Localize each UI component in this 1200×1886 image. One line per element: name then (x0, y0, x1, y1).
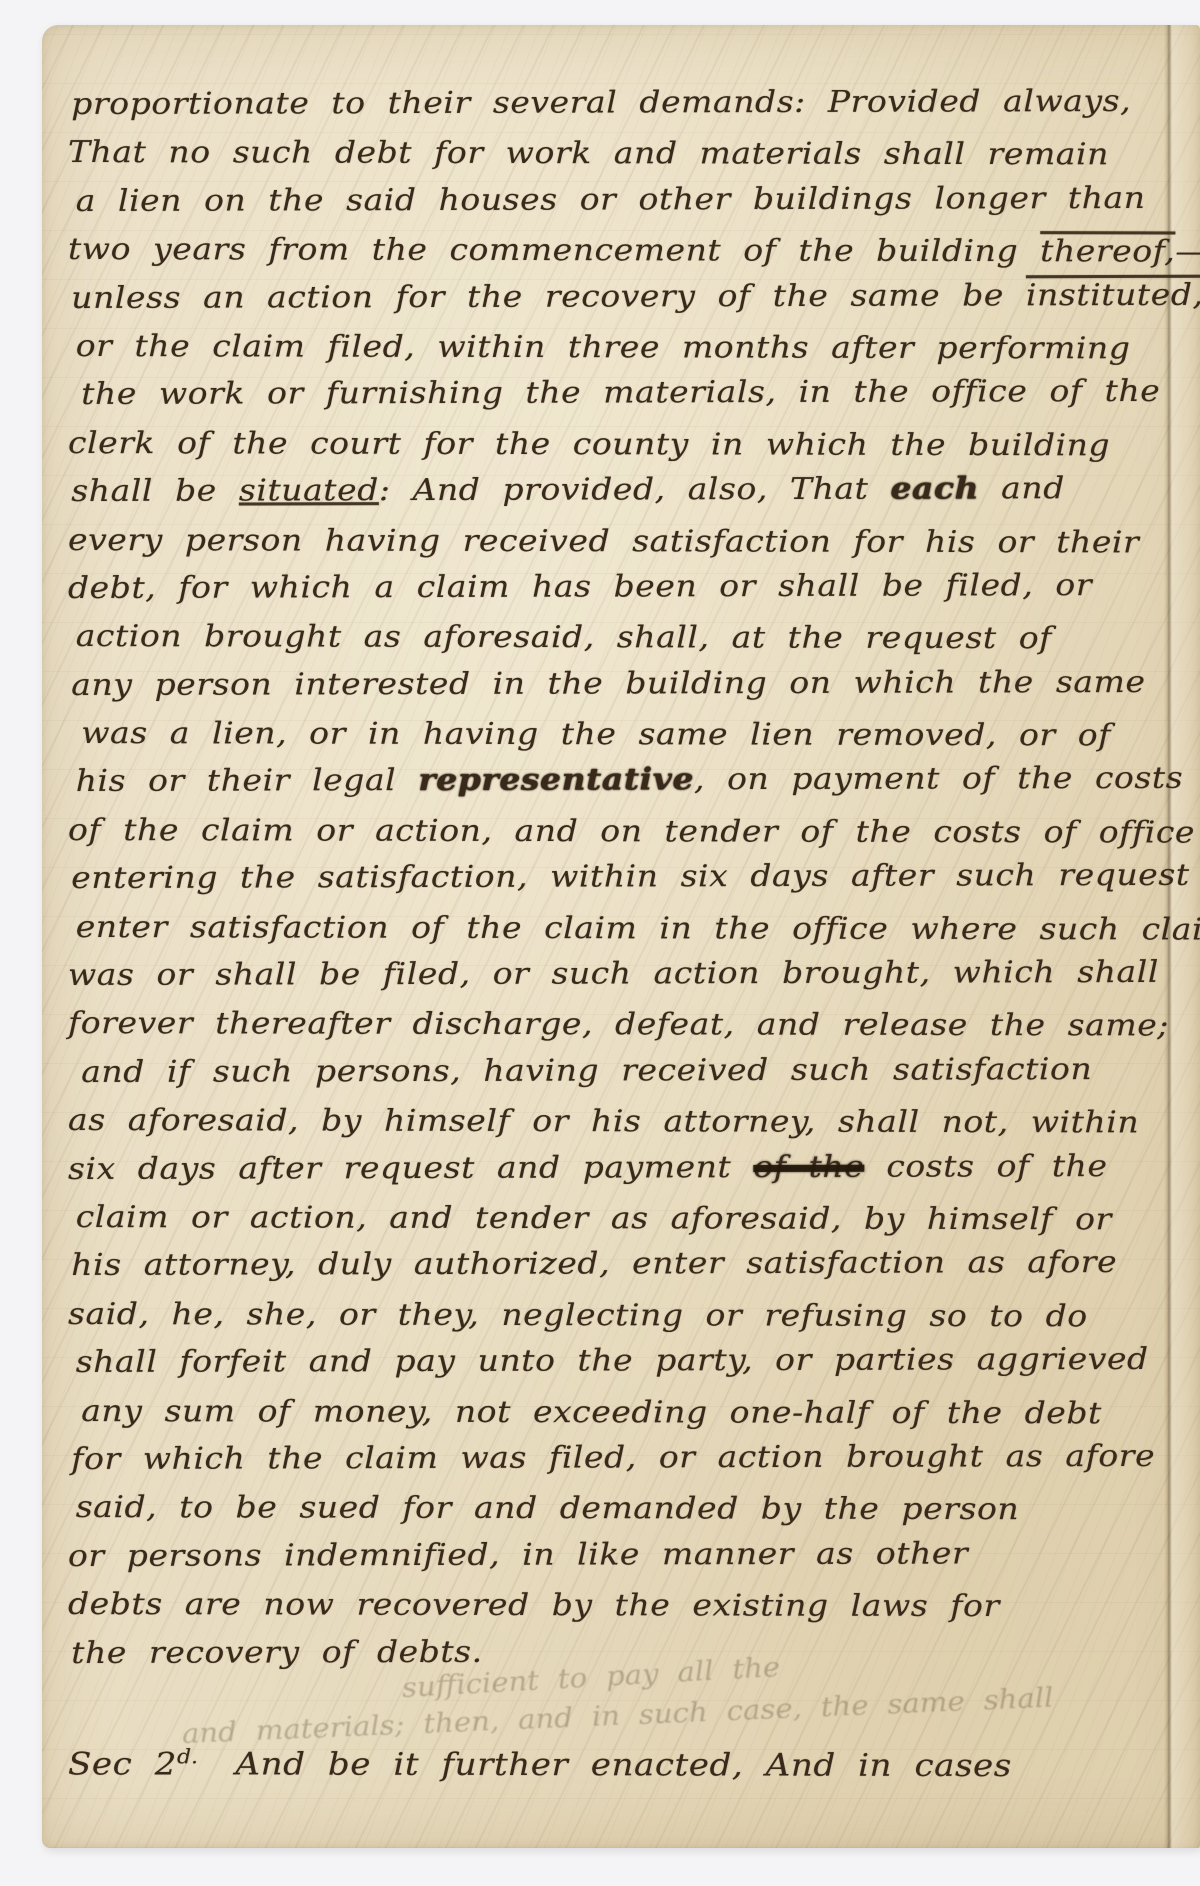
ink-segment: as aforesaid, by himself or his attorney… (68, 1103, 1139, 1140)
manuscript-line: said, he, she, or they, neglecting or re… (68, 1297, 1200, 1348)
manuscript-line: the work or furnishing the materials, in… (68, 374, 1200, 426)
manuscript-line: debts are now recovered by the existing … (68, 1587, 1200, 1638)
ink-segment: the work or furnishing the materials, in… (81, 374, 1160, 412)
ink-segment: That no such debt for work and materials… (68, 135, 1109, 172)
manuscript-line: shall be situated: And provided, also, T… (68, 471, 1200, 523)
manuscript-line: forever thereafter discharge, defeat, an… (68, 1006, 1200, 1057)
ink-segment: any person interested in the building on… (71, 665, 1145, 703)
ink-segment: said, to be sued for and demanded by the… (76, 1490, 1020, 1527)
manuscript-line: entering the satisfaction, within six da… (68, 858, 1200, 910)
manuscript-line: enter satisfaction of the claim in the o… (68, 910, 1200, 961)
manuscript-line: or persons indemnified, in like manner a… (68, 1535, 1200, 1587)
ink-segment: was a lien, or in having the same lien r… (81, 716, 1111, 753)
ink-under-segment: situated (239, 473, 379, 508)
manuscript-line: was a lien, or in having the same lien r… (68, 716, 1200, 767)
section-ordinal-superscript: d. (177, 1744, 198, 1768)
manuscript-line: said, to be sued for and demanded by the… (68, 1490, 1200, 1541)
manuscript-line: six days after request and payment of th… (68, 1148, 1200, 1200)
ink-segment: , on payment of the costs (694, 761, 1183, 797)
ink-segment: was or shall be filed, or such action br… (68, 955, 1159, 993)
manuscript-line: any person interested in the building on… (68, 664, 1200, 716)
manuscript-line: proportionate to their several demands: … (68, 84, 1200, 136)
ink-segment: six days after request and payment (68, 1150, 753, 1187)
ink-segment: enter satisfaction of the claim in the o… (76, 910, 1200, 948)
manuscript-line: as aforesaid, by himself or his attorney… (68, 1103, 1200, 1154)
manuscript-line: every person having received satisfactio… (68, 523, 1200, 574)
ink-segment: and if such persons, having received suc… (81, 1052, 1092, 1090)
ink-segment: said, he, she, or they, neglecting or re… (68, 1297, 1088, 1334)
ink-segment: debt, for which a claim has been or shal… (68, 568, 1092, 606)
manuscript-line: for which the claim was filed, or action… (68, 1438, 1200, 1490)
manuscript-line: claim or action, and tender as aforesaid… (68, 1200, 1200, 1251)
ink-segment: costs of the (864, 1149, 1107, 1185)
ink-segment: his or their legal (76, 763, 419, 799)
manuscript-line: was or shall be filed, or such action br… (68, 955, 1200, 1007)
ink-segment: debts are now recovered by the existing … (68, 1587, 1000, 1624)
manuscript-line: action brought as aforesaid, shall, at t… (68, 619, 1200, 670)
ink-segment: shall be (71, 474, 239, 509)
ink-segment: or the claim filed, within three months … (76, 329, 1131, 366)
ink-segment: action brought as aforesaid, shall, at t… (76, 619, 1052, 656)
ink-segment: a lien on the said houses or other build… (76, 181, 1146, 219)
manuscript-line: That no such debt for work and materials… (68, 135, 1200, 186)
section-text: And be it further enacted, And in cases (235, 1747, 1012, 1785)
ink-segment: or persons indemnified, in like manner a… (68, 1536, 968, 1574)
ink-segment: proportionate to their several demands: … (71, 84, 1131, 122)
ink-segment: forever thereafter discharge, defeat, an… (68, 1006, 1169, 1043)
ink-segment: every person having received satisfactio… (68, 523, 1139, 560)
ink-strike-segment: of the (753, 1149, 864, 1184)
ink-segment: : And provided, also, That (379, 472, 891, 508)
manuscript-line: his or their legal representative, on pa… (68, 761, 1200, 813)
ink-segment: any sum of money, not exceeding one-half… (81, 1394, 1102, 1431)
ink-segment: unless an action for the recovery of the… (71, 278, 1026, 316)
ink-segment: — (1175, 235, 1200, 270)
section-heading: Sec 2d.And be it further enacted, And in… (68, 1744, 1200, 1795)
manuscript-body: proportionate to their several demands: … (68, 87, 1178, 1792)
manuscript-line: his attorney, duly authorized, enter sat… (68, 1245, 1200, 1297)
manuscript-line: debt, for which a claim has been or shal… (68, 567, 1200, 619)
ink-over-segment: thereof, (1040, 234, 1175, 269)
manuscript-line: or the claim filed, within three months … (68, 329, 1200, 380)
manuscript-page: proportionate to their several demands: … (42, 25, 1200, 1848)
manuscript-line: a lien on the said houses or other build… (68, 180, 1200, 232)
manuscript-line: of the claim or action, and on tender of… (68, 813, 1200, 864)
ink-over-segment: instituted, (1026, 277, 1200, 313)
ink-segment: entering the satisfaction, within six da… (71, 858, 1200, 897)
manuscript-line: clerk of the court for the county in whi… (68, 426, 1200, 477)
manuscript-line: the recovery of debts. (68, 1632, 1200, 1684)
ink-blot-segment: each (890, 472, 979, 507)
ink-segment: shall forfeit and pay unto the party, or… (76, 1342, 1149, 1380)
ink-blot-segment: representative (418, 763, 694, 799)
ink-segment: clerk of the court for the county in whi… (68, 426, 1110, 463)
ink-segment: his attorney, duly authorized, enter sat… (71, 1245, 1117, 1283)
ink-segment: the recovery of debts. (71, 1634, 483, 1670)
ink-segment: for which the claim was filed, or action… (71, 1439, 1155, 1477)
manuscript-line: unless an action for the recovery of the… (68, 277, 1200, 329)
manuscript-line: shall forfeit and pay unto the party, or… (68, 1342, 1200, 1394)
ink-segment: two years from the commencement of the b… (68, 232, 1040, 269)
manuscript-text: proportionate to their several demands: … (68, 87, 1178, 1684)
ink-segment: and (979, 471, 1065, 506)
manuscript-line: any sum of money, not exceeding one-half… (68, 1394, 1200, 1445)
section-label: Sec 2 (68, 1746, 177, 1782)
manuscript-line: two years from the commencement of the b… (68, 232, 1200, 283)
manuscript-line: and if such persons, having received suc… (68, 1051, 1200, 1103)
ink-segment: claim or action, and tender as aforesaid… (76, 1200, 1112, 1237)
ink-segment: of the claim or action, and on tender of… (68, 813, 1200, 851)
